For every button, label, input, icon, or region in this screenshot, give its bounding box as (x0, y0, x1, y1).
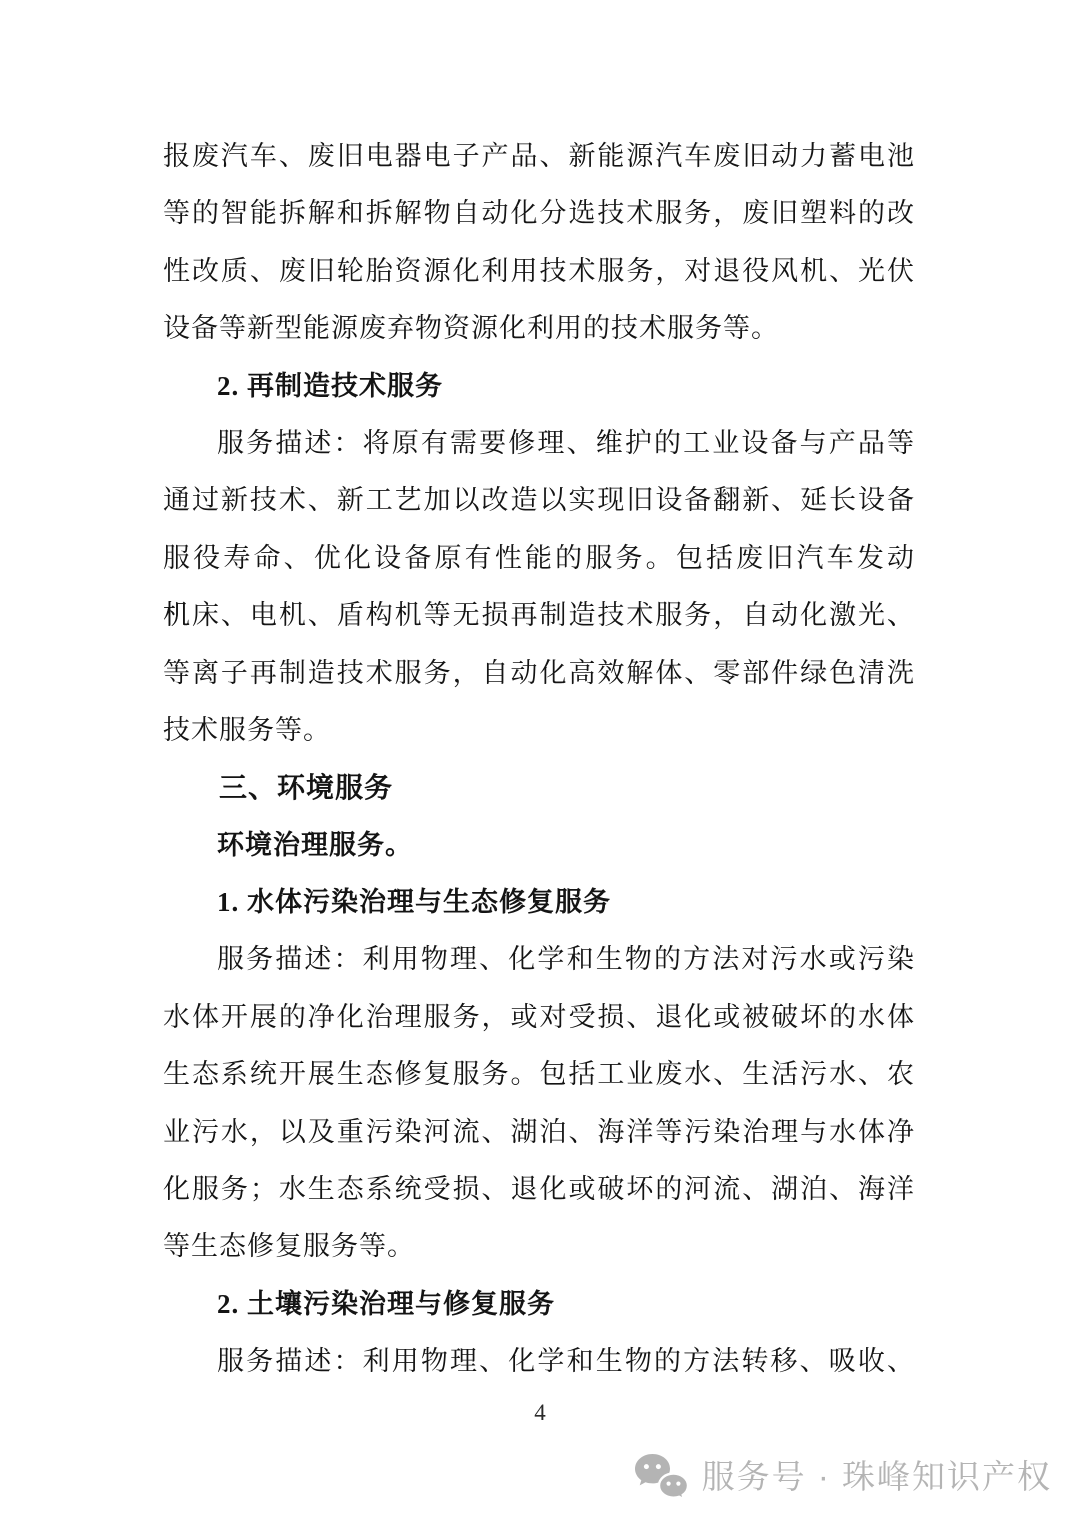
text-line: 服役寿命、优化设备原有性能的服务。包括废旧汽车发动机、 (163, 530, 915, 587)
text-line: 等生态修复服务等。 (163, 1218, 915, 1275)
heading-line: 2. 土壤污染治理与修复服务 (163, 1276, 915, 1333)
document-body: 报废汽车、废旧电器电子产品、新能源汽车废旧动力蓄电池等的智能拆解和拆解物自动化分… (163, 128, 915, 1391)
heading-line: 三、环境服务 (163, 759, 915, 816)
wechat-account-watermark: 服务号 · 珠峰知识产权 (633, 1447, 1052, 1507)
text-line: 技术服务等。 (163, 702, 915, 759)
page-number: 4 (0, 1398, 1080, 1428)
text-line: 水体开展的净化治理服务，或对受损、退化或被破坏的水体 (163, 989, 915, 1046)
wechat-account-label: 服务号 · 珠峰知识产权 (702, 1447, 1052, 1507)
text-line: 业污水，以及重污染河流、湖泊、海洋等污染治理与水体净 (163, 1104, 915, 1161)
text-line: 等的智能拆解和拆解物自动化分选技术服务，废旧塑料的改 (163, 185, 915, 242)
text-line: 性改质、废旧轮胎资源化利用技术服务，对退役风机、光伏 (163, 243, 915, 300)
text-line: 设备等新型能源废弃物资源化利用的技术服务等。 (163, 300, 915, 357)
text-line: 机床、电机、盾构机等无损再制造技术服务，自动化激光、 (163, 587, 915, 644)
text-line: 等离子再制造技术服务，自动化高效解体、零部件绿色清洗 (163, 645, 915, 702)
text-line: 服务描述：利用物理、化学和生物的方法转移、吸收、 (163, 1333, 915, 1390)
document-page: 报废汽车、废旧电器电子产品、新能源汽车废旧动力蓄电池等的智能拆解和拆解物自动化分… (0, 0, 1080, 1527)
text-line: 生态系统开展生态修复服务。包括工业废水、生活污水、农 (163, 1046, 915, 1103)
wechat-icon (633, 1452, 689, 1502)
text-line: 服务描述：利用物理、化学和生物的方法对污水或污染 (163, 931, 915, 988)
text-line: 报废汽车、废旧电器电子产品、新能源汽车废旧动力蓄电池 (163, 128, 915, 185)
text-line: 通过新技术、新工艺加以改造以实现旧设备翻新、延长设备 (163, 472, 915, 529)
text-line: 服务描述：将原有需要修理、维护的工业设备与产品等 (163, 415, 915, 472)
heading-line: 1. 水体污染治理与生态修复服务 (163, 874, 915, 931)
text-line: 化服务；水生态系统受损、退化或破坏的河流、湖泊、海洋 (163, 1161, 915, 1218)
heading-line: 2. 再制造技术服务 (163, 358, 915, 415)
heading-line: 环境治理服务。 (163, 817, 915, 874)
